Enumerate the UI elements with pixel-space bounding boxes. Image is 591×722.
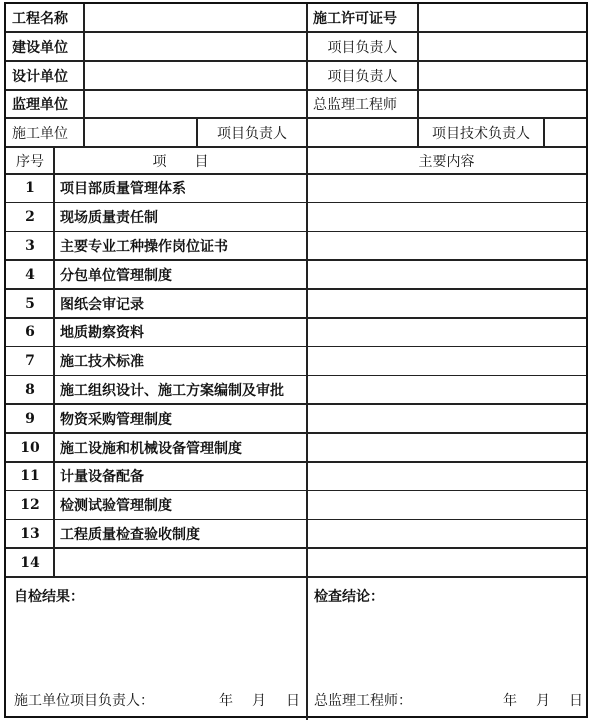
row-item: 工程质量检查验收制度: [54, 520, 307, 549]
design-pm-field[interactable]: [418, 61, 586, 90]
row-item: 计量设备配备: [54, 462, 307, 491]
contractor-label: 施工单位: [6, 118, 84, 147]
row-number: 4: [6, 260, 54, 289]
row-number: 6: [6, 318, 54, 347]
design-unit-label: 设计单位: [6, 61, 84, 90]
left-month-label: 月: [252, 690, 266, 710]
technical-lead-label: 项目技术负责人: [418, 118, 544, 147]
supervision-unit-label: 监理单位: [6, 90, 84, 118]
row-item: 施工组织设计、施工方案编制及审批: [54, 376, 307, 405]
owner-pm-label: 项目负责人: [307, 32, 418, 61]
row-item: 施工技术标准: [54, 347, 307, 376]
supervision-unit-field[interactable]: [84, 90, 307, 118]
contractor-pm-signature-label: 施工单位项目负责人：: [14, 690, 154, 710]
row-content-field[interactable]: [307, 376, 586, 405]
row-number: 1: [6, 174, 54, 203]
row-number: 2: [6, 203, 54, 232]
right-month-label: 月: [536, 690, 550, 710]
row-content-field[interactable]: [307, 462, 586, 491]
row-number: 13: [6, 520, 54, 549]
row-item: 分包单位管理制度: [54, 260, 307, 289]
row-content-field[interactable]: [307, 232, 586, 261]
row-number: 9: [6, 404, 54, 433]
row-item: 现场质量责任制: [54, 203, 307, 232]
owner-pm-field[interactable]: [418, 32, 586, 61]
technical-lead-field[interactable]: [544, 118, 586, 147]
permit-number-label: 施工许可证号: [307, 4, 418, 32]
row-number: 10: [6, 433, 54, 462]
row-content-field[interactable]: [307, 260, 586, 289]
self-check-title: 自检结果：: [14, 586, 84, 606]
project-name-field[interactable]: [84, 4, 307, 32]
column-header-item: 项 目: [54, 147, 307, 174]
column-header-content: 主要内容: [307, 147, 586, 174]
design-pm-label: 项目负责人: [307, 61, 418, 90]
left-day-label: 日: [286, 690, 300, 710]
row-content-field[interactable]: [307, 203, 586, 232]
row-number: 12: [6, 491, 54, 520]
row-item: 物资采购管理制度: [54, 404, 307, 433]
right-year-label: 年: [503, 690, 517, 710]
column-header-no: 序号: [6, 147, 54, 174]
row-item: 图纸会审记录: [54, 289, 307, 318]
contractor-pm-label: 项目负责人: [197, 118, 307, 147]
row-content-field[interactable]: [307, 433, 586, 462]
row-content-field[interactable]: [307, 548, 586, 577]
permit-number-field[interactable]: [418, 4, 586, 32]
owner-unit-field[interactable]: [84, 32, 307, 61]
row-content-field[interactable]: [307, 174, 586, 203]
inspection-conclusion-title: 检查结论：: [314, 586, 384, 606]
chief-supervisor-label: 总监理工程师: [307, 90, 418, 118]
quality-management-inspection-form: 工程名称 施工许可证号 建设单位 项目负责人 设计单位 项目负责人 监理单位 总…: [4, 2, 588, 718]
left-year-label: 年: [219, 690, 233, 710]
row-item: 地质勘察资料: [54, 318, 307, 347]
chief-supervisor-field[interactable]: [418, 90, 586, 118]
row-number: 11: [6, 462, 54, 491]
row-number: 7: [6, 347, 54, 376]
row-item: 项目部质量管理体系: [54, 174, 307, 203]
design-unit-field[interactable]: [84, 61, 307, 90]
row-number: 14: [6, 548, 54, 577]
right-day-label: 日: [569, 690, 583, 710]
row-content-field[interactable]: [307, 404, 586, 433]
row-number: 3: [6, 232, 54, 261]
row-content-field[interactable]: [307, 520, 586, 549]
row-item: 主要专业工种操作岗位证书: [54, 232, 307, 261]
contractor-field[interactable]: [84, 118, 197, 147]
project-name-label: 工程名称: [6, 4, 84, 32]
row-item: [54, 548, 307, 577]
row-item: 施工设施和机械设备管理制度: [54, 433, 307, 462]
row-number: 8: [6, 376, 54, 405]
row-content-field[interactable]: [307, 347, 586, 376]
row-content-field[interactable]: [307, 491, 586, 520]
row-item: 检测试验管理制度: [54, 491, 307, 520]
row-content-field[interactable]: [307, 318, 586, 347]
contractor-pm-field[interactable]: [307, 118, 418, 147]
owner-unit-label: 建设单位: [6, 32, 84, 61]
row-number: 5: [6, 289, 54, 318]
row-content-field[interactable]: [307, 289, 586, 318]
chief-supervisor-signature-label: 总监理工程师：: [314, 690, 412, 710]
